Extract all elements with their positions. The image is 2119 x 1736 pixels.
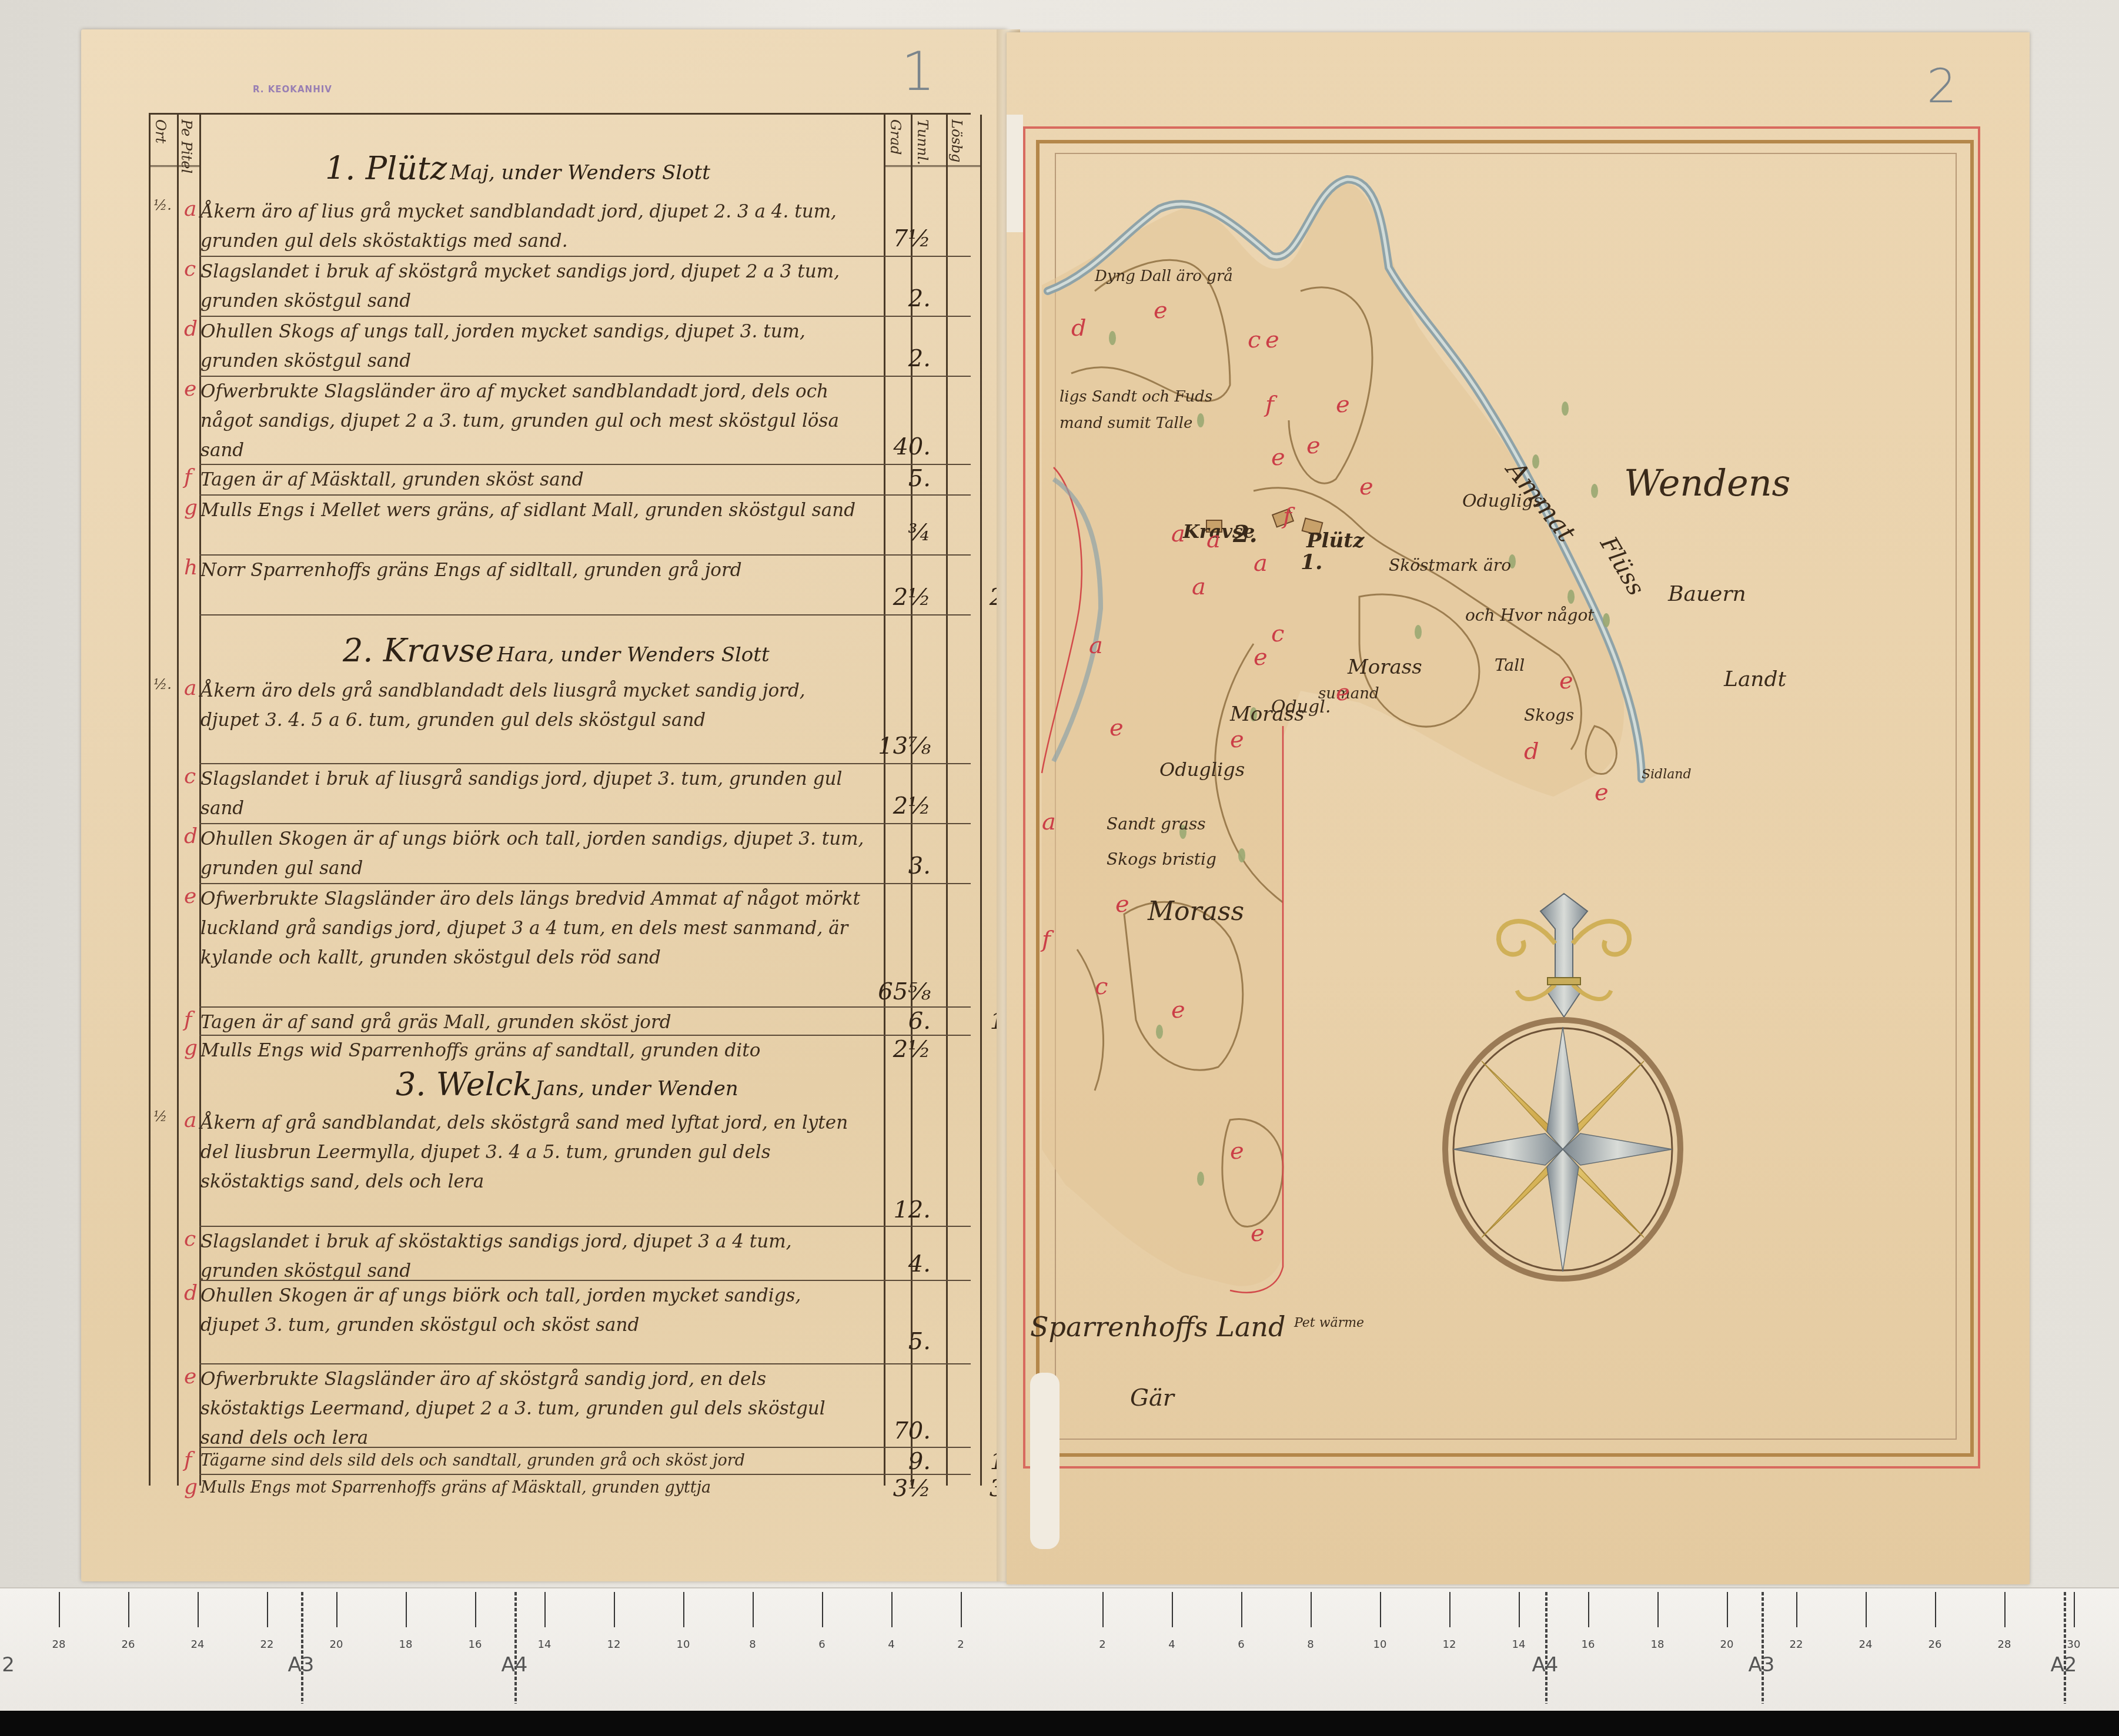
plot-letter: f — [1042, 926, 1051, 953]
map-label-field: Skogs bristig — [1107, 849, 1216, 869]
plot-letter: e — [1251, 1220, 1265, 1247]
plot-letter: e — [1271, 444, 1285, 471]
plot-letter: c — [1095, 973, 1108, 1000]
map-label-field: mand sumit Talle — [1059, 414, 1192, 432]
map-label-field: ligs Sandt och Fuds — [1059, 388, 1212, 406]
plot-letter: e — [1171, 996, 1185, 1023]
plot-letter: e — [1109, 714, 1124, 741]
page-number-1: 1 — [901, 41, 935, 103]
map-label-forest: och Hvor något — [1465, 606, 1595, 625]
map-label-field: Sandt grass — [1107, 814, 1206, 834]
left-manuscript-page: R. KEOKANHIV 1 Ort Pe Pitel Grad Tunnl. … — [81, 29, 1007, 1581]
map-label-forest: Sköstmark äro — [1389, 556, 1511, 575]
scanner-edge — [0, 1711, 2119, 1736]
map-label-field: Sidland — [1642, 767, 1692, 782]
map-label-morass: Morass — [1348, 655, 1422, 679]
column-rule — [149, 115, 151, 1486]
archive-stamp: R. KEOKANHIV — [253, 84, 332, 95]
plot-letter: e — [1115, 891, 1129, 918]
paper-tear — [1007, 115, 1023, 232]
paper-tear — [1030, 1373, 1059, 1549]
paper-size-label: A3 — [1749, 1653, 1775, 1677]
map-label-kravse-num: 2. — [1233, 520, 1258, 548]
plot-letter: d — [1071, 315, 1087, 342]
right-map-page: 2 — [1007, 32, 2030, 1584]
measurement-ruler: 28 26 24 22 20 18 16 14 12 10 8 6 4 2 2 … — [0, 1587, 2119, 1712]
paper-size-label: 2 — [2, 1653, 15, 1677]
column-header-ort: Ort — [152, 119, 169, 143]
map-label-plutz: Plütz — [1306, 529, 1364, 553]
plot-letter: a — [1042, 808, 1056, 835]
compass-rose-icon — [1411, 873, 1717, 1285]
plot-letter: e — [1336, 391, 1350, 418]
plot-letter: e — [1306, 432, 1321, 459]
map-label-wendens: Wendens — [1624, 461, 1790, 504]
map-label-bauern: Bauern — [1668, 582, 1746, 606]
column-header-tunnland: Tunnl. — [914, 119, 931, 165]
plot-letter: f — [1265, 391, 1274, 418]
plot-letter: f — [1283, 503, 1292, 530]
plot-letter: c — [1248, 326, 1261, 353]
plot-letter: a — [1089, 632, 1103, 659]
plot-letter: e — [1559, 667, 1573, 694]
plot-letter: c — [1271, 620, 1284, 647]
map-label-landt: Landt — [1724, 667, 1786, 691]
plot-letter: e — [1359, 473, 1373, 500]
map-label-odugligs: Odugligs — [1462, 491, 1542, 511]
plot-letter: e — [1595, 779, 1609, 806]
plot-letter: e — [1230, 726, 1244, 753]
paper-size-label: A2 — [2051, 1653, 2077, 1677]
map-label-odugligs: Odugligs — [1159, 758, 1245, 781]
header-rule — [884, 165, 981, 167]
ledger-table: Ort Pe Pitel Grad Tunnl. Lösbg 1. Plütz … — [149, 113, 971, 1486]
map-label-field: Dyng Dall äro grå — [1095, 267, 1233, 285]
plot-letter: e — [1254, 644, 1268, 671]
plot-letter: d — [1524, 738, 1539, 765]
plot-letter: a — [1192, 573, 1206, 600]
map-label-gar: Gär — [1130, 1384, 1174, 1411]
paper-size-label: A3 — [288, 1653, 315, 1677]
column-rule — [177, 115, 179, 1486]
paper-size-label: A4 — [502, 1653, 528, 1677]
column-header-grad: Grad — [887, 119, 904, 155]
paper-size-label: A4 — [1532, 1653, 1559, 1677]
map-label-forest: Tall — [1495, 655, 1525, 675]
map-label-morass: Morass — [1148, 897, 1244, 926]
column-header-pitel: Pe Pitel — [178, 119, 195, 173]
plot-letter: e — [1336, 679, 1350, 706]
map-label-forest: Skogs — [1524, 705, 1574, 725]
plot-letter: e — [1265, 326, 1279, 353]
estate-map — [1007, 32, 2030, 1584]
column-rule — [980, 115, 982, 1486]
map-label-plutz-num: 1. — [1301, 550, 1323, 574]
plot-letter: e — [1230, 1138, 1244, 1165]
plot-letter: a — [1206, 526, 1221, 553]
plot-letter: a — [1171, 520, 1185, 547]
section-title-welck: 3. Welck Jans, under Wenden — [396, 1066, 738, 1103]
column-header-losbg: Lösbg — [948, 119, 965, 162]
plot-letter: a — [1254, 550, 1268, 577]
plot-letter: e — [1154, 297, 1168, 324]
section-title-plutz: 1. Plütz Maj, under Wenders Slott — [325, 150, 710, 187]
section-title-kravse: 2. Kravse Hara, under Wenders Slott — [343, 632, 770, 669]
map-label-sparrenhoffs: Sparrenhoffs Land Pet wärme — [1030, 1311, 1364, 1343]
